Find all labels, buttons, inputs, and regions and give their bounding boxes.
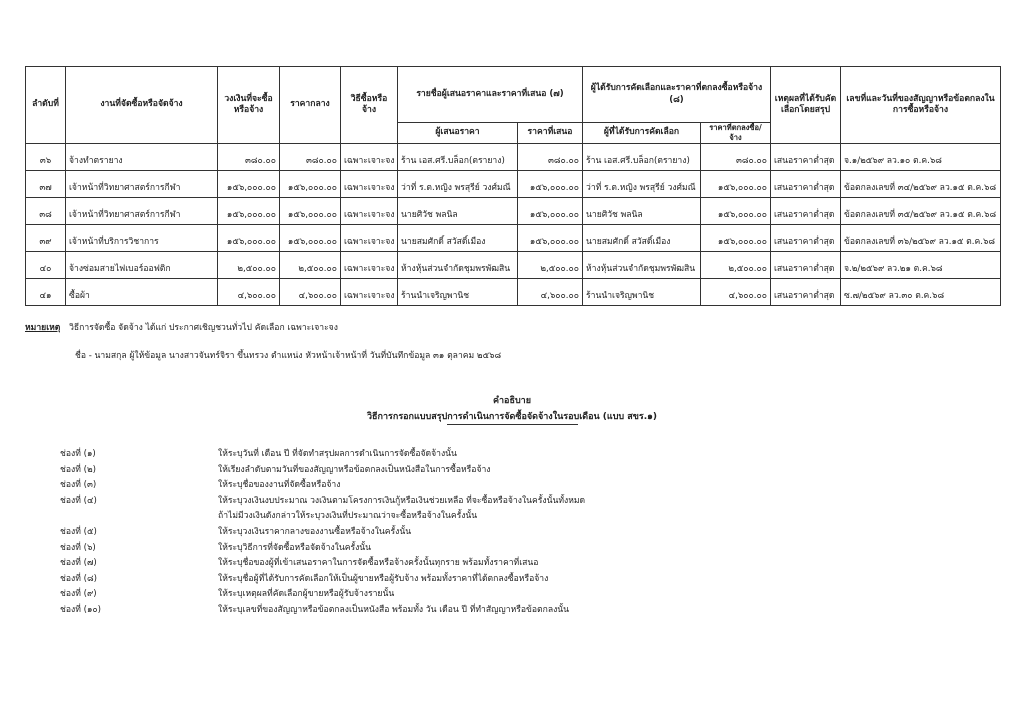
cell-agreed-price: ๓๘๐.๐๐ (701, 144, 771, 171)
remark-label: หมายเหตุ (25, 323, 60, 333)
cell-reason: เสนอราคาต่ำสุด (771, 144, 841, 171)
cell-median-price: ๑๕๖,๐๐๐.๐๐ (280, 198, 341, 225)
instruction-desc: ให้ระบุเหตุผลที่คัดเลือกผู้ขายหรือผู้รับ… (218, 587, 978, 603)
header-agreed-price: ราคาที่ตกลงซื้อ/จ้าง (701, 123, 771, 144)
cell-work: เจ้าหน้าที่วิทยาศาสตร์การกีฬา (66, 198, 218, 225)
cell-work: จ้างซ่อมสายไฟเบอร์ออฟติก (66, 252, 218, 279)
cell-bidder: นายสมศักดิ์ สวัสดิ์เมือง (398, 225, 518, 252)
cell-bid-price: ๒,๕๐๐.๐๐ (518, 252, 583, 279)
cell-bidder: นายศิวัช พลนิล (398, 198, 518, 225)
cell-agreed-price: ๔,๖๐๐.๐๐ (701, 279, 771, 306)
cell-method: เฉพาะเจาะจง (341, 225, 398, 252)
cell-contract: ซ.๗/๒๕๖๙ ลว.๓๐ ต.ค.๖๘ (841, 279, 1001, 306)
cell-median-price: ๓๘๐.๐๐ (280, 144, 341, 171)
cell-bid-price: ๑๕๖,๐๐๐.๐๐ (518, 171, 583, 198)
instruction-desc: ให้ระบุวิธีการที่จัดซื้อหรือจัดจ้างในครั… (218, 541, 978, 557)
instruction-desc: ให้ระบุวงเงินงบประมาณ วงเงินตามโครงการเง… (218, 494, 978, 510)
cell-agreed-price: ๑๕๖,๐๐๐.๐๐ (701, 198, 771, 225)
instruction-list: ช่องที่ (๑)ให้ระบุวันที่ เดือน ปี ที่จัด… (60, 447, 978, 619)
instruction-slot: ช่องที่ (๗) (60, 556, 218, 572)
instruction-slot: ช่องที่ (๘) (60, 572, 218, 588)
cell-contract: จ.๒/๒๕๖๙ ลว.๒๑ ต.ค.๖๘ (841, 252, 1001, 279)
header-seq: ลำดับที่ (26, 67, 66, 144)
cell-method: เฉพาะเจาะจง (341, 144, 398, 171)
cell-budget: ๔,๖๐๐.๐๐ (218, 279, 280, 306)
remark: หมายเหตุ วิธีการจัดซื้อ จัดจ้าง ได้แก่ ป… (25, 320, 338, 334)
remark-text: วิธีการจัดซื้อ จัดจ้าง ได้แก่ ประกาศเชิญ… (69, 323, 338, 333)
header-work: งานที่จัดซื้อหรือจัดจ้าง (66, 67, 218, 144)
instruction-slot: ช่องที่ (๔) (60, 494, 218, 510)
cell-work: ซื้อผ้า (66, 279, 218, 306)
cell-reason: เสนอราคาต่ำสุด (771, 171, 841, 198)
instruction-desc: ถ้าไม่มีวงเงินดังกล่าวให้ระบุวงเงินที่ปร… (218, 509, 978, 525)
cell-median-price: ๑๕๖,๐๐๐.๐๐ (280, 171, 341, 198)
cell-seq: ๔๐ (26, 252, 66, 279)
table-row: ๓๗เจ้าหน้าที่วิทยาศาสตร์การกีฬา๑๕๖,๐๐๐.๐… (26, 171, 1001, 198)
cell-reason: เสนอราคาต่ำสุด (771, 225, 841, 252)
procurement-summary-table: ลำดับที่ งานที่จัดซื้อหรือจัดจ้าง วงเงิน… (25, 66, 1001, 306)
cell-seq: ๔๑ (26, 279, 66, 306)
cell-contract: ข้อตกลงเลขที่ ๓๖/๒๕๖๙ ลว.๑๕ ต.ค.๖๘ (841, 225, 1001, 252)
cell-reason: เสนอราคาต่ำสุด (771, 252, 841, 279)
instruction-item: ช่องที่ (๗)ให้ระบุชื่อของผู้ที่เข้าเสนอร… (60, 556, 978, 572)
instruction-slot: ช่องที่ (๖) (60, 541, 218, 557)
cell-selected: นายศิวัช พลนิล (583, 198, 701, 225)
cell-selected: ว่าที่ ร.ต.หญิง พรสุรีย์ วงศ์มณี (583, 171, 701, 198)
cell-bid-price: ๑๕๖,๐๐๐.๐๐ (518, 225, 583, 252)
cell-method: เฉพาะเจาะจง (341, 279, 398, 306)
instruction-slot: ช่องที่ (๓) (60, 478, 218, 494)
instruction-slot: ช่องที่ (๙) (60, 587, 218, 603)
cell-contract: จ.๑/๒๕๖๙ ลว.๑๐ ต.ค.๖๘ (841, 144, 1001, 171)
cell-seq: ๓๘ (26, 198, 66, 225)
table-row: ๓๖จ้างทำตรายาง๓๘๐.๐๐๓๘๐.๐๐เฉพาะเจาะจงร้า… (26, 144, 1001, 171)
instruction-item: ช่องที่ (๓)ให้ระบุชื่อของงานที่จัดซื้อหร… (60, 478, 978, 494)
cell-reason: เสนอราคาต่ำสุด (771, 279, 841, 306)
cell-budget: ๑๕๖,๐๐๐.๐๐ (218, 198, 280, 225)
cell-reason: เสนอราคาต่ำสุด (771, 198, 841, 225)
cell-median-price: ๑๕๖,๐๐๐.๐๐ (280, 225, 341, 252)
cell-bid-price: ๑๕๖,๐๐๐.๐๐ (518, 198, 583, 225)
cell-method: เฉพาะเจาะจง (341, 252, 398, 279)
cell-agreed-price: ๒,๕๐๐.๐๐ (701, 252, 771, 279)
instruction-desc: ให้ระบุวันที่ เดือน ปี ที่จัดทำสรุปผลการ… (218, 447, 978, 463)
cell-agreed-price: ๑๕๖,๐๐๐.๐๐ (701, 171, 771, 198)
instruction-item: ช่องที่ (๔)ให้ระบุวงเงินงบประมาณ วงเงินต… (60, 494, 978, 510)
explanation-subtitle: วิธีการกรอกแบบสรุปการดำเนินการจัดซื้อจัด… (0, 409, 1024, 423)
instruction-slot: ช่องที่ (๑) (60, 447, 218, 463)
cell-budget: ๑๕๖,๐๐๐.๐๐ (218, 225, 280, 252)
header-bidder: ผู้เสนอราคา (398, 123, 518, 144)
instruction-slot: ช่องที่ (๒) (60, 463, 218, 479)
header-median-price: ราคากลาง (280, 67, 341, 144)
instruction-item: ช่องที่ (๘)ให้ระบุชื่อผู้ที่ได้รับการคัด… (60, 572, 978, 588)
cell-seq: ๓๖ (26, 144, 66, 171)
header-bid-price: ราคาที่เสนอ (518, 123, 583, 144)
header-budget: วงเงินที่จะซื้อหรือจ้าง (218, 67, 280, 144)
cell-selected: ร้าน เอส.ศรี.บล็อก(ตรายาง) (583, 144, 701, 171)
instruction-desc: ให้ระบุเลขที่ของสัญญาหรือข้อตกลงเป็นหนัง… (218, 603, 978, 619)
instruction-item: ช่องที่ (๖)ให้ระบุวิธีการที่จัดซื้อหรือจ… (60, 541, 978, 557)
header-method: วิธีซื้อหรือจ้าง (341, 67, 398, 144)
instruction-desc: ให้ระบุชื่อของผู้ที่เข้าเสนอราคาในการจัด… (218, 556, 978, 572)
cell-selected: ร้านนำเจริญพานิช (583, 279, 701, 306)
instruction-slot: ช่องที่ (๑๐) (60, 603, 218, 619)
cell-work: เจ้าหน้าที่บริการวิชาการ (66, 225, 218, 252)
instruction-desc: ให้ระบุชื่อผู้ที่ได้รับการคัดเลือกให้เป็… (218, 572, 978, 588)
instruction-item: ช่องที่ (๕)ให้ระบุวงเงินราคากลางของงานซื… (60, 525, 978, 541)
cell-work: จ้างทำตรายาง (66, 144, 218, 171)
instruction-slot: ช่องที่ (๕) (60, 525, 218, 541)
header-bidders-group: รายชื่อผู้เสนอราคาและราคาที่เสนอ (๗) (398, 67, 583, 123)
table-row: ๔๐จ้างซ่อมสายไฟเบอร์ออฟติก๒,๕๐๐.๐๐๒,๕๐๐.… (26, 252, 1001, 279)
cell-contract: ข้อตกลงเลขที่ ๓๕/๒๕๖๙ ลว.๑๕ ต.ค.๖๘ (841, 198, 1001, 225)
instruction-item: ถ้าไม่มีวงเงินดังกล่าวให้ระบุวงเงินที่ปร… (60, 509, 978, 525)
header-selected: ผู้ที่ได้รับการคัดเลือก (583, 123, 701, 144)
cell-contract: ข้อตกลงเลขที่ ๓๔/๒๕๖๙ ลว.๑๕ ต.ค.๖๘ (841, 171, 1001, 198)
cell-method: เฉพาะเจาะจง (341, 198, 398, 225)
cell-bid-price: ๔,๖๐๐.๐๐ (518, 279, 583, 306)
cell-method: เฉพาะเจาะจง (341, 171, 398, 198)
table-row: ๔๑ซื้อผ้า๔,๖๐๐.๐๐๔,๖๐๐.๐๐เฉพาะเจาะจงร้าน… (26, 279, 1001, 306)
subtitle-underline (447, 424, 578, 425)
informant-line: ชื่อ - นามสกุล ผู้ให้ข้อมูล นางสาวจันทร์… (75, 348, 501, 362)
cell-bidder: ห้างหุ้นส่วนจำกัดชุมพรพัฒสิน (398, 252, 518, 279)
cell-selected: ห้างหุ้นส่วนจำกัดชุมพรพัฒสิน (583, 252, 701, 279)
cell-seq: ๓๙ (26, 225, 66, 252)
cell-agreed-price: ๑๕๖,๐๐๐.๐๐ (701, 225, 771, 252)
instruction-item: ช่องที่ (๙)ให้ระบุเหตุผลที่คัดเลือกผู้ขา… (60, 587, 978, 603)
instruction-desc: ให้ระบุชื่อของงานที่จัดซื้อหรือจ้าง (218, 478, 978, 494)
cell-seq: ๓๗ (26, 171, 66, 198)
table-row: ๓๙เจ้าหน้าที่บริการวิชาการ๑๕๖,๐๐๐.๐๐๑๕๖,… (26, 225, 1001, 252)
cell-median-price: ๒,๕๐๐.๐๐ (280, 252, 341, 279)
instruction-item: ช่องที่ (๒)ให้เรียงลำดับตามวันที่ของสัญญ… (60, 463, 978, 479)
instruction-desc: ให้เรียงลำดับตามวันที่ของสัญญาหรือข้อตกล… (218, 463, 978, 479)
cell-budget: ๓๘๐.๐๐ (218, 144, 280, 171)
explanation-title: คำอธิบาย (0, 393, 1024, 407)
cell-bidder: ร้าน เอส.ศรี.บล็อก(ตรายาง) (398, 144, 518, 171)
header-selected-group: ผู้ได้รับการคัดเลือกและราคาที่ตกลงซื้อหร… (583, 67, 771, 123)
instruction-slot (60, 509, 218, 525)
instruction-item: ช่องที่ (๑)ให้ระบุวันที่ เดือน ปี ที่จัด… (60, 447, 978, 463)
cell-bidder: ว่าที่ ร.ต.หญิง พรสุรีย์ วงศ์มณี (398, 171, 518, 198)
cell-budget: ๒,๕๐๐.๐๐ (218, 252, 280, 279)
cell-work: เจ้าหน้าที่วิทยาศาสตร์การกีฬา (66, 171, 218, 198)
header-contract: เลขที่และวันที่ของสัญญาหรือข้อตกลงในการซ… (841, 67, 1001, 144)
cell-selected: นายสมศักดิ์ สวัสดิ์เมือง (583, 225, 701, 252)
header-reason: เหตุผลที่ได้รับคัดเลือกโดยสรุป (771, 67, 841, 144)
instruction-item: ช่องที่ (๑๐)ให้ระบุเลขที่ของสัญญาหรือข้อ… (60, 603, 978, 619)
cell-budget: ๑๕๖,๐๐๐.๐๐ (218, 171, 280, 198)
cell-bidder: ร้านนำเจริญพานิช (398, 279, 518, 306)
cell-bid-price: ๓๘๐.๐๐ (518, 144, 583, 171)
table-row: ๓๘เจ้าหน้าที่วิทยาศาสตร์การกีฬา๑๕๖,๐๐๐.๐… (26, 198, 1001, 225)
instruction-desc: ให้ระบุวงเงินราคากลางของงานซื้อหรือจ้างใ… (218, 525, 978, 541)
cell-median-price: ๔,๖๐๐.๐๐ (280, 279, 341, 306)
